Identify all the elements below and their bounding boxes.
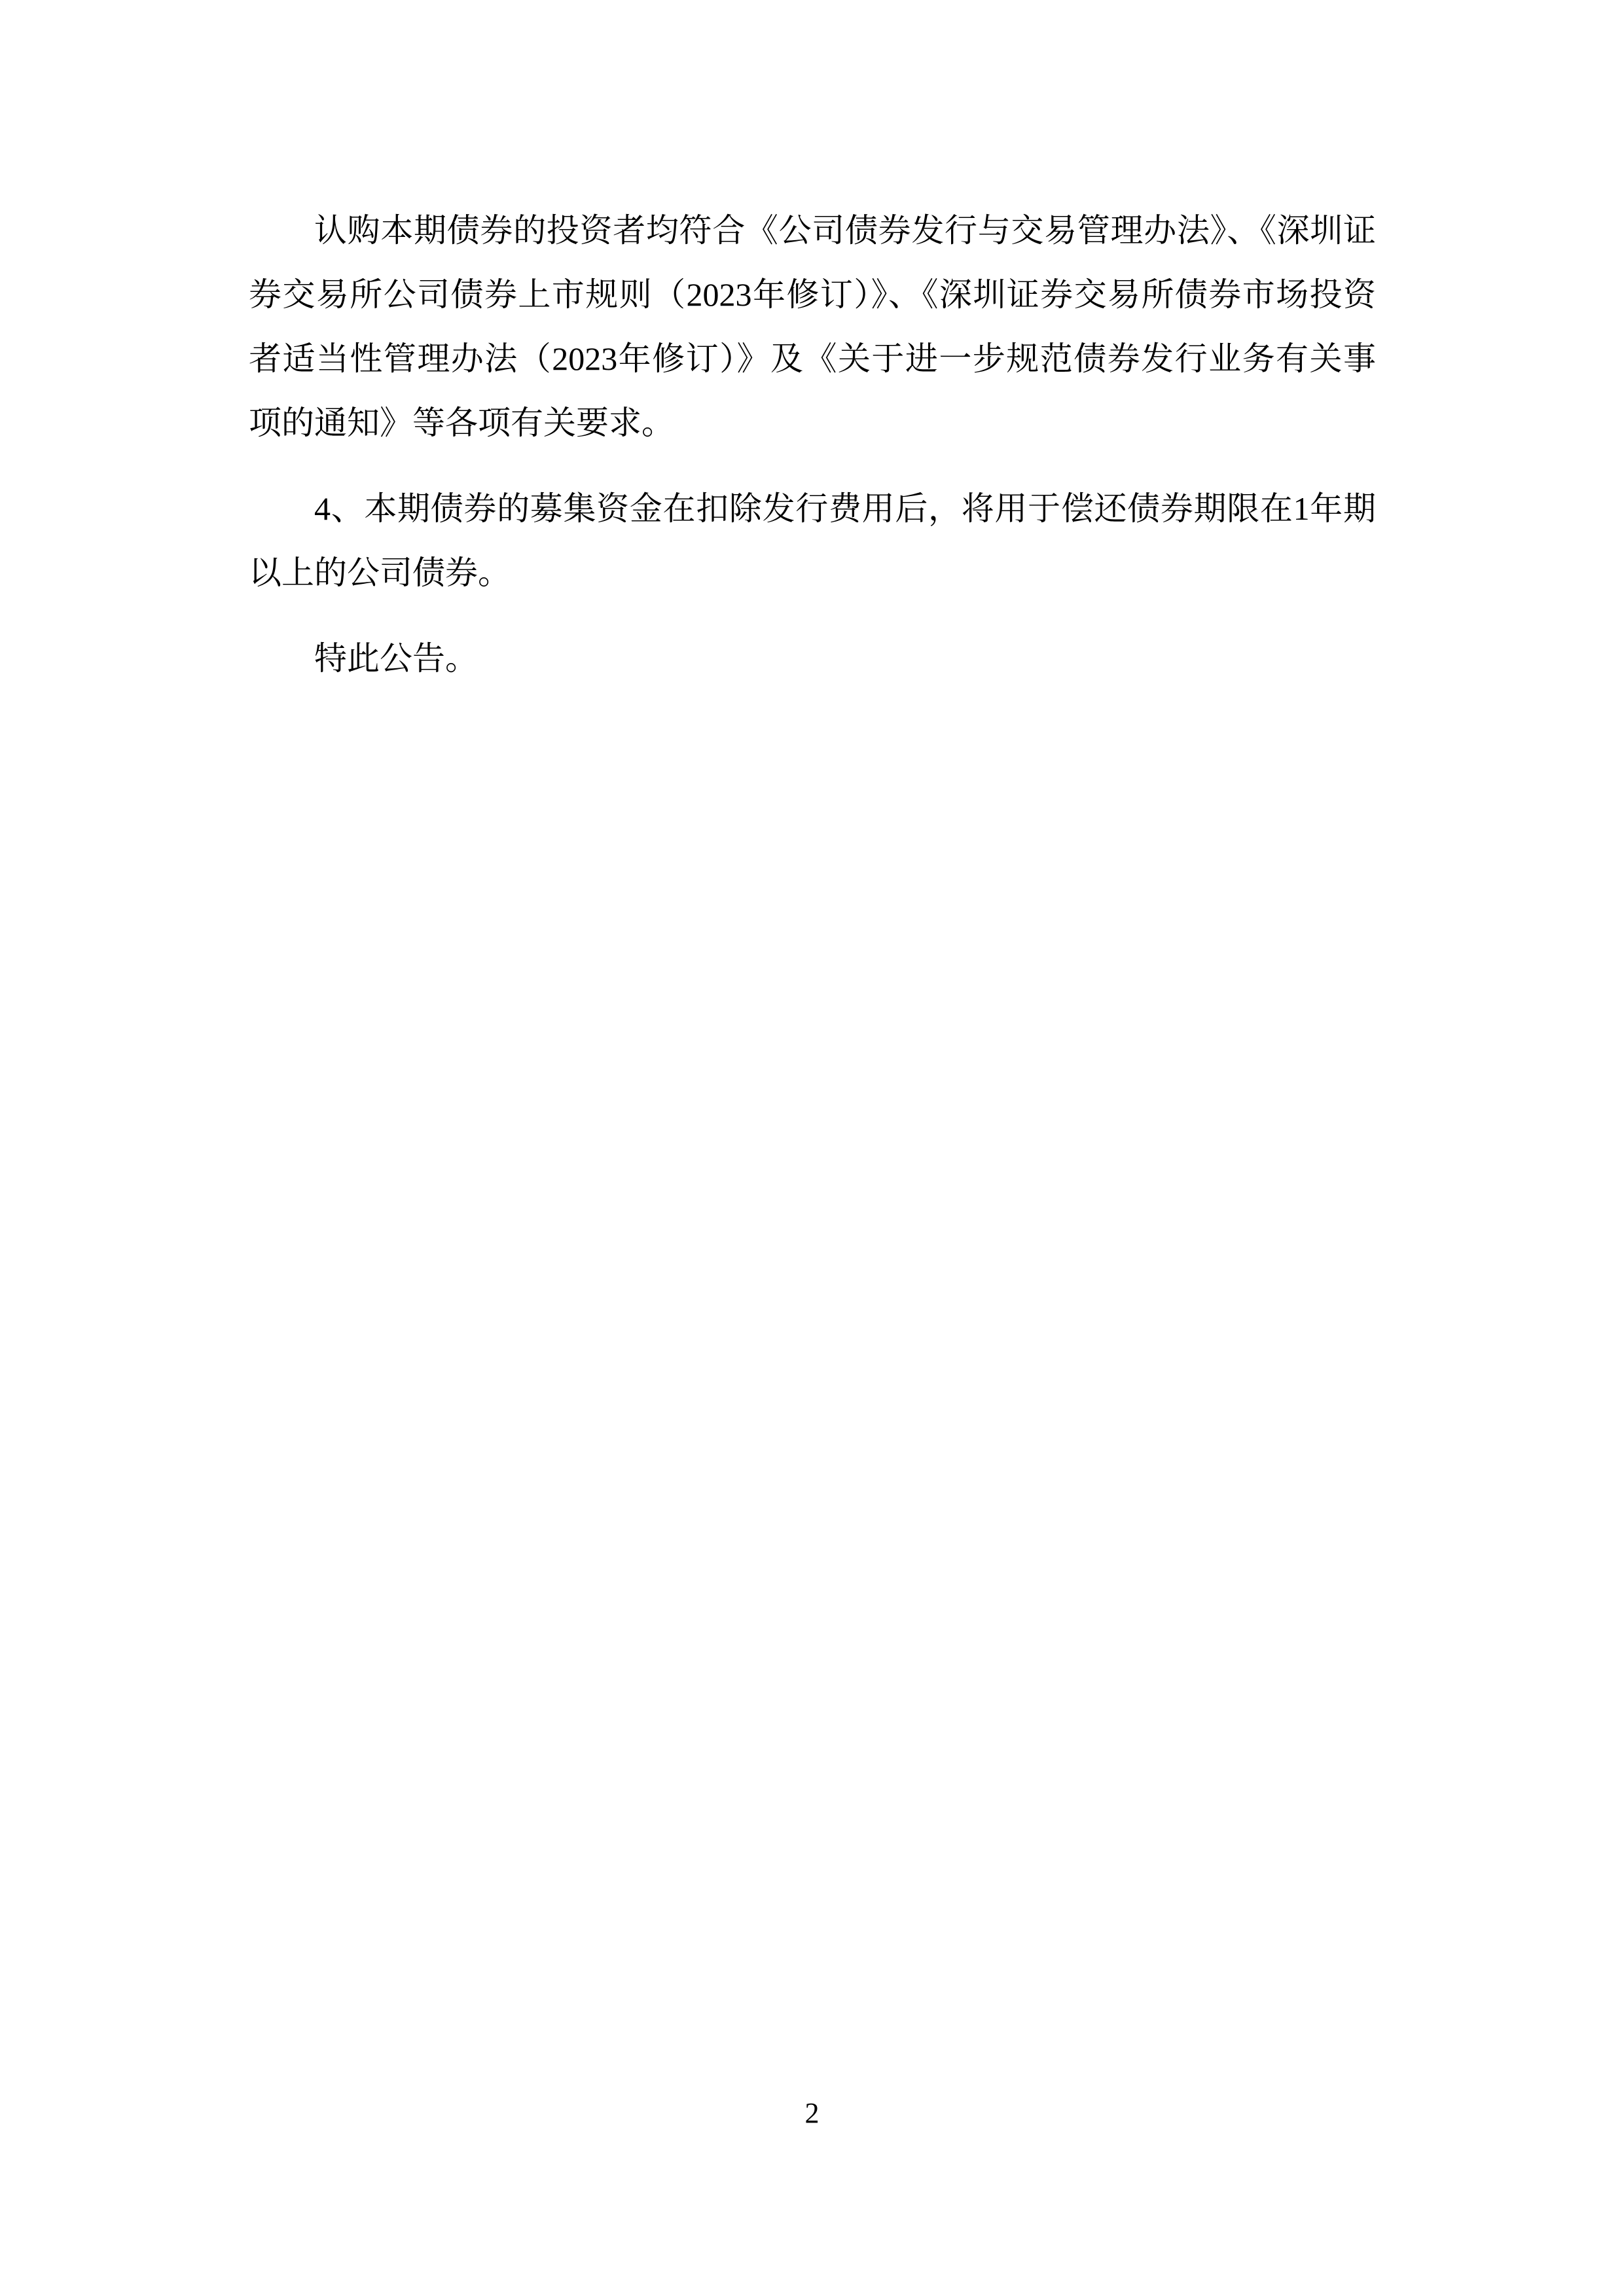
paragraph-investor-suitability: 认购本期债券的投资者均符合《公司债券发行与交易管理办法》、《深圳证券交易所公司债… [249, 198, 1376, 455]
paragraph-closing-statement: 特此公告。 [249, 626, 1376, 691]
page-number: 2 [805, 2097, 820, 2129]
document-body: 认购本期债券的投资者均符合《公司债券发行与交易管理办法》、《深圳证券交易所公司债… [249, 198, 1376, 712]
page-footer: 2 [0, 2098, 1624, 2129]
paragraph-use-of-proceeds: 4、本期债券的募集资金在扣除发行费用后，将用于偿还债券期限在1年期以上的公司债券… [249, 476, 1376, 605]
document-page: 认购本期债券的投资者均符合《公司债券发行与交易管理办法》、《深圳证券交易所公司债… [0, 0, 1624, 2296]
